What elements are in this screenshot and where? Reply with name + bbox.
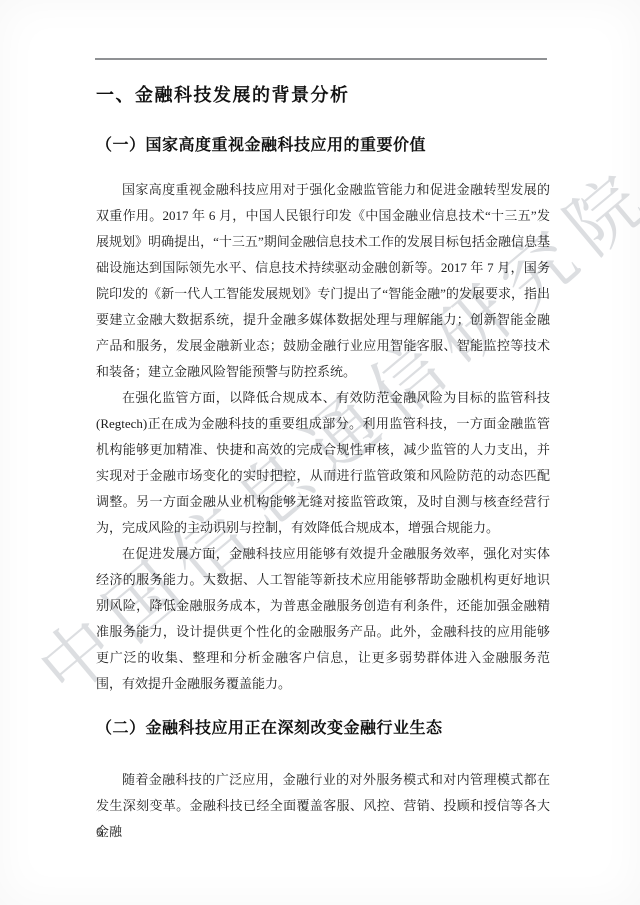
paragraph-2: 在强化监管方面，以降低合规成本、有效防范金融风险为目标的监管科技(Regtech… bbox=[96, 385, 550, 541]
paragraph-1: 国家高度重视金融科技应用对于强化金融监管能力和促进金融转型发展的双重作用。201… bbox=[96, 177, 550, 385]
section-heading-1: （一）国家高度重视金融科技应用的重要价值 bbox=[96, 135, 550, 157]
document-content: 一、金融科技发展的背景分析 （一）国家高度重视金融科技应用的重要价值 国家高度重… bbox=[96, 83, 550, 845]
paragraph-4: 随着金融科技的广泛应用，金融行业的对外服务模式和对内管理模式都在发生深刻变革。金… bbox=[96, 767, 550, 845]
chapter-heading: 一、金融科技发展的背景分析 bbox=[96, 83, 550, 107]
section-heading-2: （二）金融科技应用正在深刻改变金融行业生态 bbox=[96, 718, 550, 740]
page-number: 6 bbox=[96, 825, 103, 839]
header-rule bbox=[95, 58, 547, 60]
paragraph-3: 在促进发展方面，金融科技应用能够有效提升金融服务效率，强化对实体经济的服务能力。… bbox=[96, 541, 550, 697]
document-page: 中国信息通信研究院 一、金融科技发展的背景分析 （一）国家高度重视金融科技应用的… bbox=[0, 0, 640, 905]
